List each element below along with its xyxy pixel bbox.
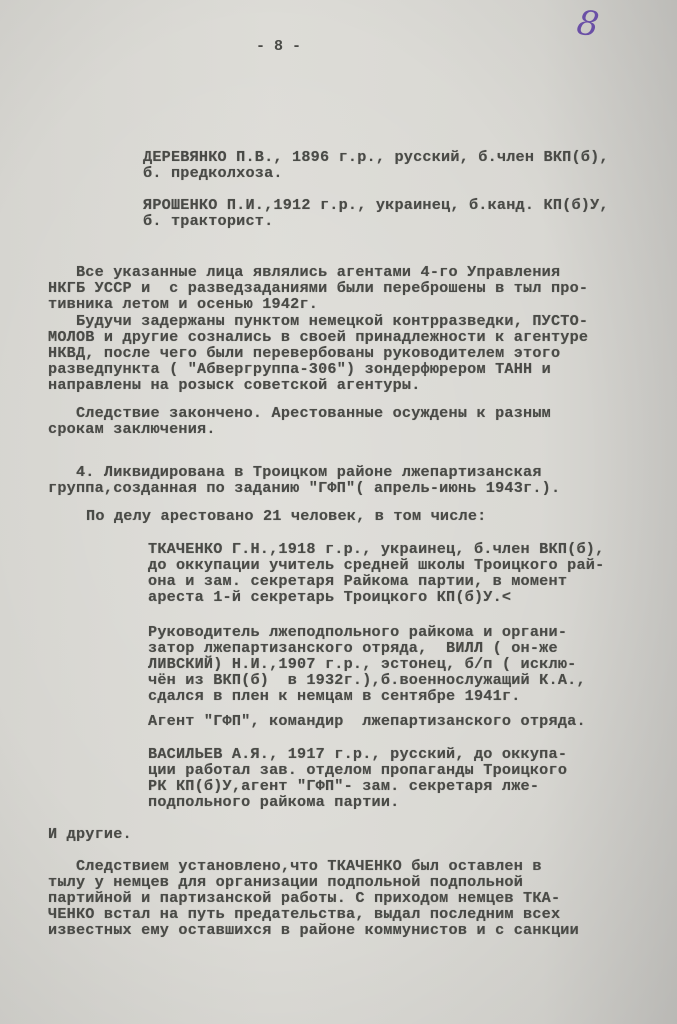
person-vill-line-1: Руководитель лжеподпольного райкома и ор… xyxy=(148,624,567,640)
paragraph-investigation-line-1: Следствием установлено,что ТКАЧЕНКО был … xyxy=(48,858,542,874)
person-vill-line-5: сдался в плен к немцам в сентябре 1941г. xyxy=(148,688,521,704)
person-yaroshenko-line-2: б. тракторист. xyxy=(143,213,273,229)
person-derevyanko-line-2: б. предколхоза. xyxy=(143,165,283,181)
person-tkachenko-line-4: ареста 1-й секретарь Троицкого КП(б)У.< xyxy=(148,589,511,605)
paragraph-detained-line-1: Будучи задержаны пунктом немецкой контрр… xyxy=(48,313,588,329)
person-tkachenko-line-1: ТКАЧЕНКО Г.Н.,1918 г.р., украинец, б.чле… xyxy=(148,541,604,557)
person-yaroshenko-line-1: ЯРОШЕНКО П.И.,1912 г.р., украинец, б.кан… xyxy=(143,197,609,213)
paragraph-investigation-line-2: тылу у немцев для организации подпольной… xyxy=(48,874,523,890)
person-vill-agent-line: Агент "ГФП", командир лжепартизанского о… xyxy=(148,713,586,729)
paragraph-investigation-line-4: ЧЕНКО встал на путь предательства, выдал… xyxy=(48,906,560,922)
paragraph-closed-line-2: срокам заключения. xyxy=(48,421,216,437)
paragraph-detained-line-3: НКВД, после чего были перевербованы руко… xyxy=(48,345,560,361)
person-vasiliev-line-1: ВАСИЛЬЕВ А.Я., 1917 г.р., русский, до ок… xyxy=(148,746,567,762)
paragraph-detained-line-2: МОЛОВ и другие сознались в своей принадл… xyxy=(48,329,588,345)
section4-heading-line-2: группа,созданная по заданию "ГФП"( апрел… xyxy=(48,480,560,496)
person-derevyanko-line-1: ДЕРЕВЯНКО П.В., 1896 г.р., русский, б.чл… xyxy=(143,149,609,165)
paragraph-investigation-line-3: партийной и партизанской работы. С прихо… xyxy=(48,890,560,906)
section4-arrested-line: По делу арестовано 21 человек, в том чис… xyxy=(86,508,487,524)
section4-heading-line-1: 4. Ликвидирована в Троицком районе лжепа… xyxy=(48,464,542,480)
handwritten-folio-number: 8 xyxy=(574,3,601,46)
paragraph-agents-line-1: Все указанные лица являлись агентами 4-г… xyxy=(48,264,560,280)
person-vill-line-2: затор лжепартизанского отряда, ВИЛЛ ( он… xyxy=(148,640,558,656)
paragraph-investigation-line-5: известных ему оставшихся в районе коммун… xyxy=(48,922,579,938)
person-tkachenko-line-2: до оккупации учитель средней школы Троиц… xyxy=(148,557,604,573)
person-vasiliev-line-2: ции работал зав. отделом пропаганды Трои… xyxy=(148,762,567,778)
person-vill-line-3: ЛИВСКИЙ) Н.И.,1907 г.р., эстонец, б/п ( … xyxy=(148,656,576,672)
paragraph-detained-line-5: направлены на розыск советской агентуры. xyxy=(48,377,421,393)
person-vasiliev-line-3: РК КП(б)У,агент "ГФП"- зам. секретаря лж… xyxy=(148,778,539,794)
others-line: И другие. xyxy=(48,826,132,842)
paragraph-detained-line-4: разведпункта ( "Абвергруппа-306") зондер… xyxy=(48,361,551,377)
person-vasiliev-line-4: подпольного райкома партии. xyxy=(148,794,399,810)
paragraph-agents-line-2: НКГБ УССР и с разведзаданиями были переб… xyxy=(48,280,588,296)
person-vill-line-4: чён из ВКП(б) в 1932г.),б.военнослужащий… xyxy=(148,672,586,688)
typed-page-number: - 8 - xyxy=(256,38,301,55)
document-page: 8 - 8 - ДЕРЕВЯНКО П.В., 1896 г.р., русск… xyxy=(0,0,677,1024)
paragraph-closed-line-1: Следствие закончено. Арестованные осужде… xyxy=(48,405,551,421)
paragraph-agents-line-3: тивника летом и осенью 1942г. xyxy=(48,296,318,312)
person-tkachenko-line-3: она и зам. секретаря Райкома партии, в м… xyxy=(148,573,567,589)
